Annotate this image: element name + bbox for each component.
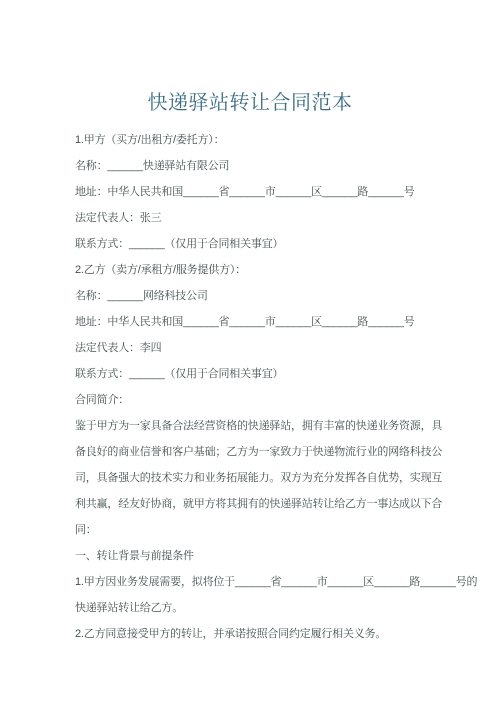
contract-line: 1.甲方（买方/出租方/委托方）：	[75, 127, 461, 153]
document-body: 1.甲方（买方/出租方/委托方）： 名称：______快递驿站有限公司 地址：中…	[75, 127, 461, 647]
contract-line: 联系方式：______（仅用于合同相关事宜）	[75, 361, 461, 387]
contract-line: 1.甲方因业务发展需要，拟将位于______省______市______区___…	[75, 569, 461, 595]
contract-line: 法定代表人：李四	[75, 335, 461, 361]
document-title: 快递驿站转让合同范本	[0, 90, 500, 116]
contract-line: 鉴于甲方为一家具备合法经营资格的快递驿站，拥有丰富的快递业务资源，具	[75, 413, 461, 439]
contract-line: 法定代表人：张三	[75, 205, 461, 231]
contract-line: 快递驿站转让给乙方。	[75, 595, 461, 621]
contract-line: 2.乙方同意接受甲方的转让，并承诺按照合同约定履行相关义务。	[75, 621, 461, 647]
contract-line: 地址：中华人民共和国______省______市______区______路__…	[75, 179, 461, 205]
contract-line: 名称：______网络科技公司	[75, 283, 461, 309]
contract-line: 利共赢，经友好协商，就甲方将其拥有的快递驿站转让给乙方一事达成以下合	[75, 491, 461, 517]
contract-line: 2.乙方（卖方/承租方/服务提供方）：	[75, 257, 461, 283]
document-page: 快递驿站转让合同范本 1.甲方（买方/出租方/委托方）： 名称：______快递…	[0, 0, 500, 707]
contract-line: 地址：中华人民共和国______省______市______区______路__…	[75, 309, 461, 335]
contract-line: 同：	[75, 517, 461, 543]
contract-line: 名称：______快递驿站有限公司	[75, 153, 461, 179]
contract-line: 一、转让背景与前提条件	[75, 543, 461, 569]
contract-line: 备良好的商业信誉和客户基础；乙方为一家致力于快递物流行业的网络科技公	[75, 439, 461, 465]
contract-line: 联系方式：______（仅用于合同相关事宜）	[75, 231, 461, 257]
contract-line: 合同简介：	[75, 387, 461, 413]
contract-line: 司，具备强大的技术实力和业务拓展能力。双方为充分发挥各自优势，实现互	[75, 465, 461, 491]
